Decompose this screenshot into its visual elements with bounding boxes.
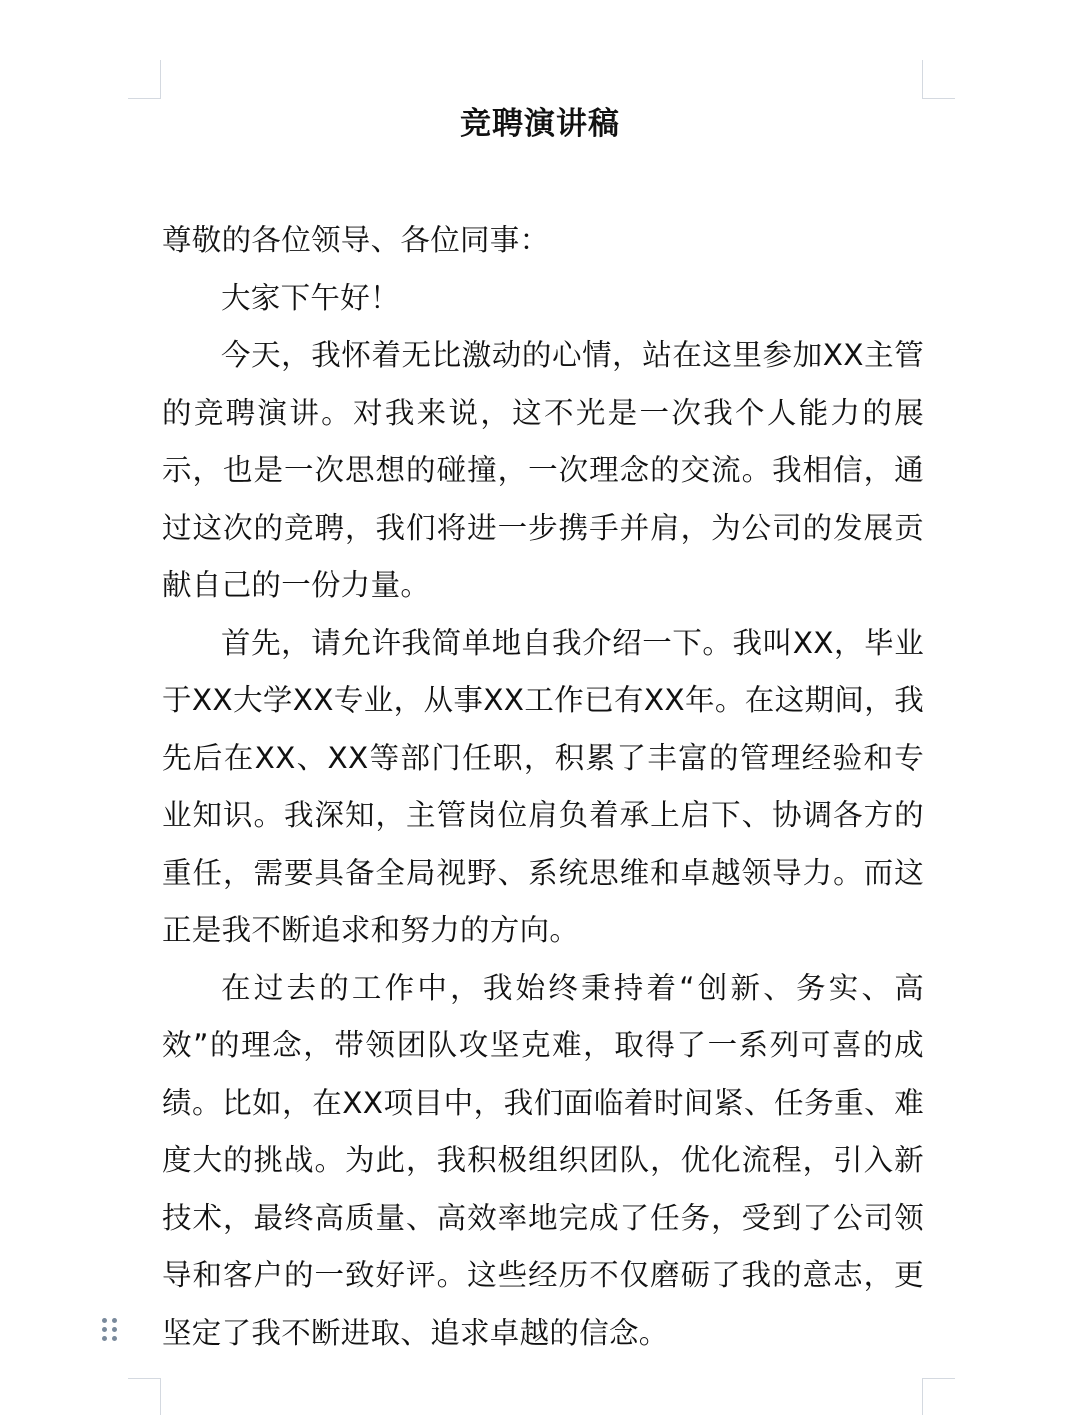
margin-corner-bottom-right: [922, 1378, 955, 1415]
document-title: 竞聘演讲稿: [0, 102, 1080, 146]
grip-dots-icon[interactable]: [102, 1318, 120, 1342]
grip-dot: [102, 1336, 107, 1341]
paragraph-greeting: 大家下午好！: [162, 270, 924, 328]
paragraph-intro: 今天，我怀着无比激动的心情，站在这里参加XX主管的竞聘演讲。对我来说，这不光是一…: [162, 327, 924, 615]
margin-corner-top-right: [922, 60, 955, 99]
margin-corner-top-left: [128, 60, 161, 99]
grip-dot: [112, 1318, 117, 1323]
paragraph-achievements: 在过去的工作中，我始终秉持着“创新、务实、高效”的理念，带领团队攻坚克难，取得了…: [162, 960, 924, 1363]
document-body[interactable]: 尊敬的各位领导、各位同事： 大家下午好！ 今天，我怀着无比激动的心情，站在这里参…: [162, 212, 924, 1362]
grip-dot: [102, 1327, 107, 1332]
paragraph-self-introduction: 首先，请允许我简单地自我介绍一下。我叫XX，毕业于XX大学XX专业，从事XX工作…: [162, 615, 924, 960]
grip-dot: [102, 1318, 107, 1323]
grip-dot: [112, 1336, 117, 1341]
grip-dot: [112, 1327, 117, 1332]
salutation: 尊敬的各位领导、各位同事：: [162, 212, 924, 270]
margin-corner-bottom-left: [128, 1378, 161, 1415]
